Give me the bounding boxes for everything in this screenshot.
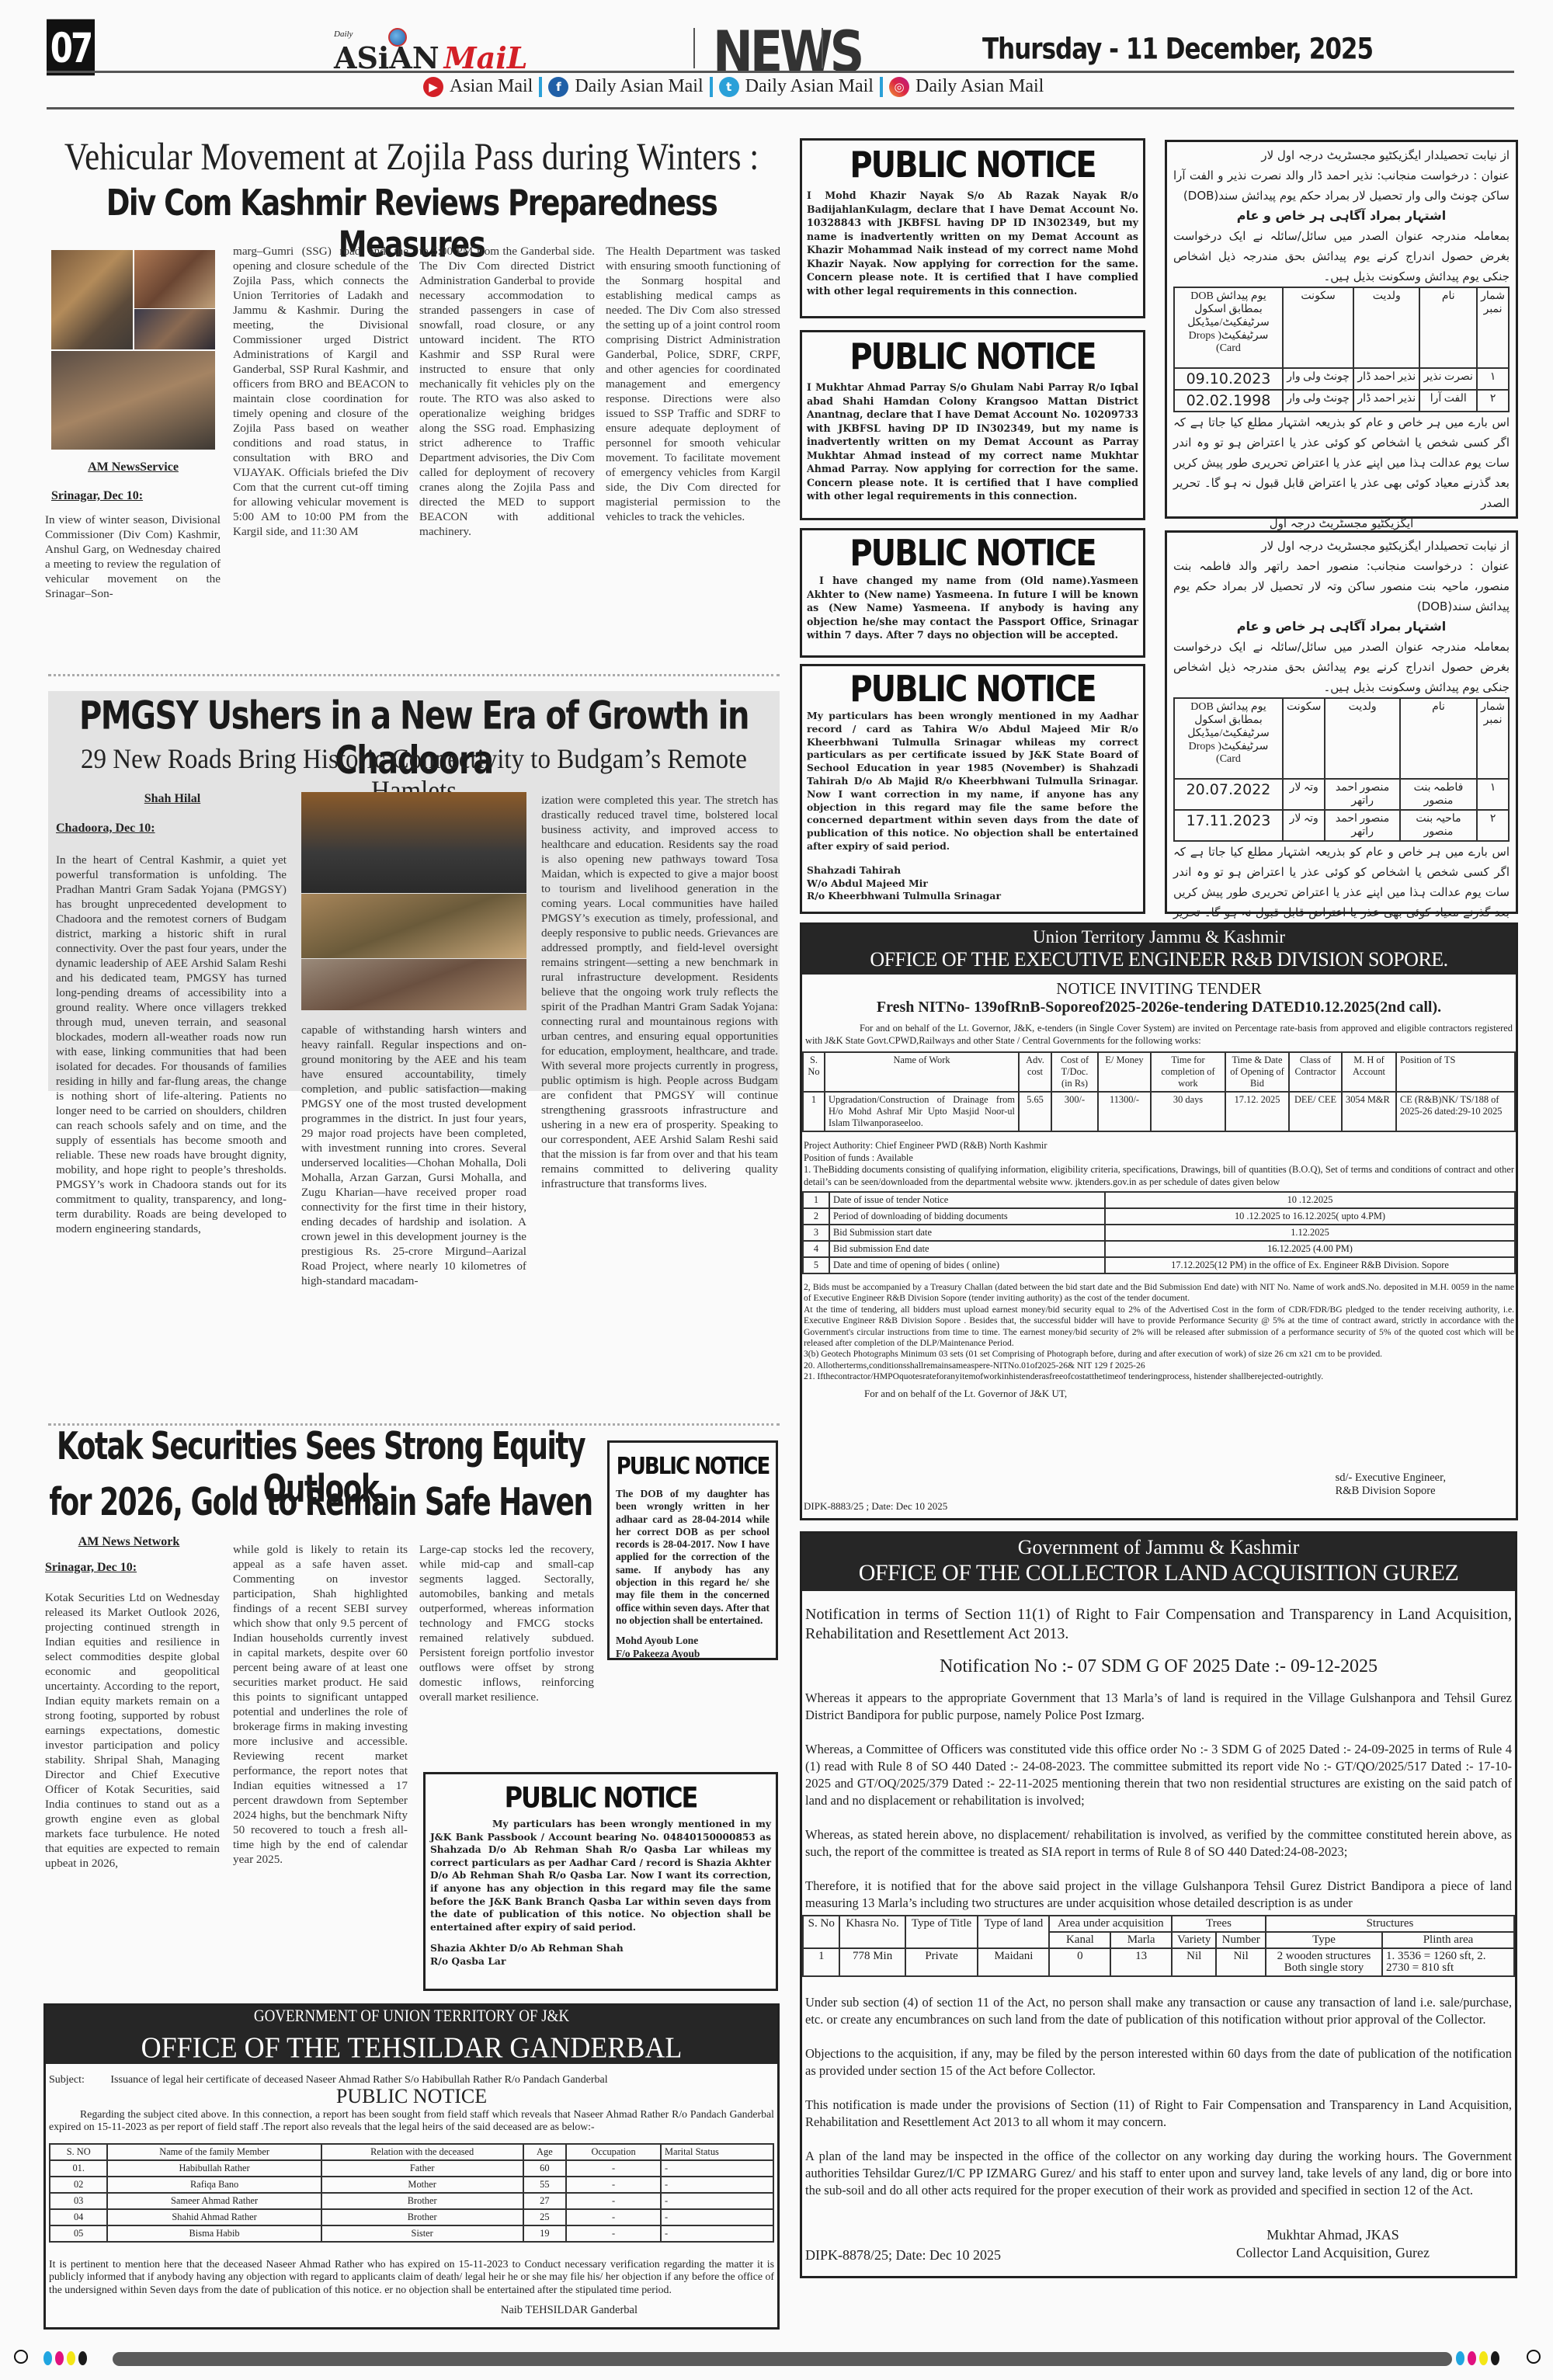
dob-table: شمار نمبر نام ولدیت سکونت یوم پیدائش DOB… <box>1173 287 1510 412</box>
yellow-mark <box>67 2351 75 2365</box>
notice-signature: Mohd Ayoub Lone F/o Pakeeza Ayoub <box>610 1627 776 1660</box>
cell: - <box>661 2193 773 2209</box>
cell: 13 <box>1110 1948 1172 1976</box>
issue-date: Thursday - 11 December, 2025 <box>982 33 1373 66</box>
section-divider <box>48 674 780 676</box>
table-header: S. NO <box>50 2144 107 2160</box>
subject-text: Issuance of legal heir certificate of de… <box>110 2074 607 2086</box>
interview-photo <box>301 792 526 893</box>
table-header: ولدیت <box>1353 287 1419 368</box>
gurez-notification-number: Notification No :- 07 SDM G OF 2025 Date… <box>802 1656 1515 1677</box>
urdu-header: از نیابت تحصیلدار ایگزیکٹیو مجسٹریٹ درجہ… <box>1167 536 1516 556</box>
cell: 2 wooden structures Both single story <box>1266 1948 1382 1976</box>
notice-body: The DOB of my daughter has been wrongly … <box>610 1480 776 1627</box>
cell: - <box>661 2225 773 2242</box>
table-header: یوم پیدائش DOB بمطابق اسکول سرٹیفکیٹ/میڈ… <box>1174 287 1283 368</box>
cell: Sameer Ahmad Rather <box>107 2193 321 2209</box>
divcom-photo <box>51 250 133 349</box>
cell: Maidani <box>978 1948 1049 1976</box>
zojila-col2: marg–Gumri (SSG) road and the opening an… <box>233 244 408 539</box>
notice-body: I Mohd Khazir Nayak S/o Ab Razak Nayak R… <box>802 189 1143 297</box>
notice-body: My particulars has been wrongly mentione… <box>426 1818 776 1934</box>
youtube-icon[interactable]: ▶ <box>423 77 443 97</box>
tender-notice: Union Territory Jammu & Kashmir OFFICE O… <box>800 922 1518 1520</box>
urdu-header: از نیابت تحصیلدار ایگزیکٹیو مجسٹریٹ درجہ… <box>1167 145 1516 165</box>
kotak-byline: AM News Network <box>51 1535 207 1549</box>
cell: 16.12.2025 (4.00 PM) <box>1105 1241 1515 1257</box>
signature-line: Shahzadi Tahirah <box>807 864 1138 877</box>
cell: 1 <box>803 1192 829 1208</box>
table-header: Type of land <box>978 1916 1049 1948</box>
twitter-link[interactable]: Daily Asian Mail <box>745 76 874 97</box>
gurez-head1: Government of Jammu & Kashmir <box>802 1535 1515 1560</box>
cell: Bid Submission start date <box>829 1225 1105 1241</box>
urdu-title: اشتہار بمراد آگاہی ہر خاص و عام <box>1167 617 1516 637</box>
table-row: 05Bisma HabibSister19-- <box>50 2225 773 2242</box>
tender-point-20: 20. Allotherterms,conditionsshallremains… <box>802 1360 1516 1371</box>
cell: ۲ <box>1477 810 1509 841</box>
gurez-para-3: Whereas, as stated herein above, no disp… <box>802 1809 1515 1861</box>
table-header: Marla <box>1110 1932 1172 1948</box>
table-header: Trees <box>1172 1916 1266 1932</box>
table-header: سکونت <box>1283 287 1353 368</box>
table-row: 5Date and time of opening of bides ( onl… <box>803 1257 1515 1273</box>
cell: 55 <box>523 2177 567 2193</box>
urdu-title: اشتہار بمراد آگاہی ہر خاص و عام <box>1167 206 1516 226</box>
notice-title: PUBLIC NOTICE <box>802 144 1143 186</box>
tender-point-21: 21. Ifthecontractor/HMPOquotesrateforany… <box>802 1371 1516 1382</box>
table-header: نام <box>1400 698 1477 779</box>
header-divider <box>693 28 695 68</box>
notice-signature: Shazia Akhter D/o Ab Rehman Shah R/o Qas… <box>426 1941 776 1968</box>
cell: - <box>566 2160 661 2177</box>
table-header: شمار نمبر <box>1477 698 1509 779</box>
cell: 60 <box>523 2160 567 2177</box>
cell: 17.12. 2025 <box>1225 1092 1289 1131</box>
twitter-icon[interactable]: t <box>719 77 739 97</box>
notice-title: PUBLIC NOTICE <box>802 532 1143 575</box>
urdu-intro: بمعاملہ مندرجہ عنوان الصدر میں سائل/سائل… <box>1167 637 1516 697</box>
meeting-photo <box>134 309 215 349</box>
table-header-row: شمار نمبر نام ولدیت سکونت یوم پیدائش DOB… <box>1174 287 1509 368</box>
table-header: Type <box>1266 1932 1382 1948</box>
meeting-photo <box>51 351 215 450</box>
notice-title: PUBLIC NOTICE <box>802 668 1143 711</box>
table-header-row: S. NO Name of the family Member Relation… <box>50 2144 773 2160</box>
cell: ماحیہ بنت منصور <box>1400 810 1477 841</box>
cell: الفت آرا <box>1419 390 1477 412</box>
zojila-dateline: Srinagar, Dec 10: <box>51 489 143 503</box>
cell: DEE/ CEE <box>1289 1092 1342 1131</box>
gurez-head2: OFFICE OF THE COLLECTOR LAND ACQUISITION… <box>802 1560 1515 1586</box>
cell: ۲ <box>1477 390 1509 412</box>
signature-line: Mohd Ayoub Lone <box>616 1635 770 1647</box>
meeting-photo <box>134 250 215 308</box>
public-notice-tahirah: PUBLIC NOTICE My particulars has been wr… <box>800 664 1145 914</box>
public-notice-shazia: PUBLIC NOTICE My particulars has been wr… <box>423 1772 778 1991</box>
magenta-mark <box>55 2351 64 2365</box>
zojila-byline: AM NewsService <box>51 460 215 474</box>
ink-marks-right <box>1456 2351 1499 2365</box>
cell: 5.65 <box>1019 1092 1051 1131</box>
ganderbal-intro: Regarding the subject cited above. In th… <box>46 2108 777 2134</box>
table-header: Adv. cost <box>1019 1052 1051 1092</box>
magenta-mark <box>1468 2351 1476 2365</box>
table-row: 01.Habibullah RatherFather60-- <box>50 2160 773 2177</box>
facebook-icon[interactable]: f <box>548 77 568 97</box>
cell: 11300/- <box>1098 1092 1151 1131</box>
cell: Sister <box>321 2225 523 2242</box>
table-header: Name of Work <box>825 1052 1019 1092</box>
cell: وتہ لار <box>1283 810 1325 841</box>
masthead-rule <box>47 107 1514 109</box>
tender-intro: For and on behalf of the Lt. Governor, J… <box>802 1016 1516 1047</box>
signature-line: F/o Pakeeza Ayoub <box>616 1648 770 1660</box>
cell: چونٹ ولی وار <box>1283 368 1353 390</box>
cell: 03 <box>50 2193 107 2209</box>
black-mark <box>1491 2351 1499 2365</box>
gurez-dipk: DIPK-8878/25; Date: Dec 10 2025 <box>805 2246 1001 2264</box>
table-header: شمار نمبر <box>1477 287 1509 368</box>
kotak-headline-2: for 2026, Gold to Remain Safe Haven <box>45 1482 596 1524</box>
dob-cell: 09.10.2023 <box>1174 368 1283 390</box>
gurez-signature: Mukhtar Ahmad, JKAS Collector Land Acqui… <box>1236 2226 1430 2262</box>
cell: منصور احمد راتھر <box>1325 810 1399 841</box>
signature-line: Mukhtar Ahmad, JKAS <box>1236 2226 1430 2244</box>
logo-asian: ASiAN <box>334 43 439 73</box>
cell: نذیر احمد ڈار <box>1353 368 1419 390</box>
cell: Shahid Ahmad Rather <box>107 2209 321 2225</box>
tender-funds: Position of funds : Available <box>802 1152 1516 1165</box>
gurez-para-7: This notification is made under the prov… <box>802 2079 1515 2131</box>
table-header: Area under acquisition <box>1049 1916 1172 1932</box>
ganderbal-title: PUBLIC NOTICE <box>46 2085 777 2108</box>
pmgsy-dateline: Chadoora, Dec 10: <box>56 822 155 836</box>
cell: 1 <box>803 1948 839 1976</box>
cell: 2 <box>803 1208 829 1225</box>
cell: Date and time of opening of bides ( onli… <box>829 1257 1105 1273</box>
newspaper-logo[interactable]: Daily ASiAN MaiL <box>334 30 559 73</box>
table-row: ۲الفت آرانذیر احمد ڈارچونٹ ولی وار02.02.… <box>1174 390 1509 412</box>
subject-label: Subject: <box>49 2074 85 2086</box>
table-header: Time & Date of Opening of Bid <box>1225 1052 1289 1092</box>
legal-heirs-table: S. NO Name of the family Member Relation… <box>49 2143 774 2243</box>
kotak-col1: Kotak Securities Ltd on Wednesday releas… <box>45 1590 220 1871</box>
cell: - <box>661 2209 773 2225</box>
table-header: Cost of T/Doc. (in Rs) <box>1051 1052 1098 1092</box>
cell: Habibullah Rather <box>107 2160 321 2177</box>
tender-behalf: For and on behalf of the Lt. Governor of… <box>802 1383 1516 1400</box>
cell: 05 <box>50 2225 107 2242</box>
ganderbal-head2: OFFICE OF THE TEHSILDAR GANDERBAL <box>46 2031 777 2064</box>
table-header: نام <box>1419 287 1477 368</box>
tender-signature: sd/- Executive Engineer, R&B Division So… <box>1336 1471 1446 1498</box>
logo-daily: Daily <box>334 30 353 39</box>
table-header: Number <box>1216 1932 1266 1948</box>
notice-title: PUBLIC NOTICE <box>426 1780 776 1815</box>
registration-mark-icon <box>1527 2350 1541 2364</box>
table-header: سکونت <box>1283 698 1325 779</box>
masthead-rule <box>47 71 1514 73</box>
ganderbal-subject: Subject: Issuance of legal heir certific… <box>46 2063 777 2087</box>
table-header: Structures <box>1266 1916 1514 1932</box>
table-header: Occupation <box>566 2144 661 2160</box>
cell: 778 Min <box>839 1948 905 1976</box>
ganderbal-notice: GOVERNMENT OF UNION TERRITORY OF J&K OFF… <box>43 2003 780 2330</box>
public-notice-khazir: PUBLIC NOTICE I Mohd Khazir Nayak S/o Ab… <box>800 138 1145 318</box>
cell: 300/- <box>1051 1092 1098 1131</box>
dob-table: شمار نمبر نام ولدیت سکونت یوم پیدائش DOB… <box>1173 697 1510 842</box>
cell: ۱ <box>1477 779 1509 810</box>
globe-icon <box>388 28 407 47</box>
cell: - <box>661 2177 773 2193</box>
table-header: Position of TS <box>1396 1052 1515 1092</box>
road-work-photo <box>301 894 526 958</box>
table-row: ۱فاطمہ بنت منصورمنصور احمد راتھروتہ لار2… <box>1174 779 1509 810</box>
dob-cell: 20.07.2022 <box>1174 779 1283 810</box>
social-divider <box>880 77 883 97</box>
cell: Rafiqa Bano <box>107 2177 321 2193</box>
kotak-col3: Large-cap stocks led the recovery, while… <box>419 1542 594 1704</box>
signature-line: sd/- Executive Engineer, <box>1336 1471 1446 1485</box>
urdu-notice-2: از نیابت تحصیلدار ایگزیکٹیو مجسٹریٹ درجہ… <box>1165 530 1518 914</box>
table-row: 2Period of downloading of bidding docume… <box>803 1208 1515 1225</box>
table-header-row: S. No Name of Work Adv. cost Cost of T/D… <box>803 1052 1515 1092</box>
notice-body: I Mukhtar Ahmad Parray S/o Ghulam Nabi P… <box>802 380 1143 503</box>
table-header: Plinth area <box>1382 1932 1514 1948</box>
dob-cell: 02.02.1998 <box>1174 390 1283 412</box>
gurez-para-2: Whereas, a Committee of Officers was con… <box>802 1724 1515 1809</box>
cell: 04 <box>50 2209 107 2225</box>
table-header: S. No <box>803 1916 839 1948</box>
cell: Private <box>905 1948 978 1976</box>
social-divider <box>539 77 542 97</box>
public-notice-mukhtar: PUBLIC NOTICE I Mukhtar Ahmad Parray S/o… <box>800 330 1145 520</box>
tender-header: Union Territory Jammu & Kashmir OFFICE O… <box>802 925 1516 975</box>
urdu-subject: عنوان : درخواست منجانب: نذیر احمد ڈار وا… <box>1167 165 1516 206</box>
cell: - <box>566 2177 661 2193</box>
instagram-link[interactable]: Daily Asian Mail <box>915 76 1044 97</box>
black-mark <box>78 2351 87 2365</box>
youtube-link[interactable]: Asian Mail <box>450 76 533 97</box>
public-notice-yasmeena: PUBLIC NOTICE I have changed my name fro… <box>800 528 1145 658</box>
pmgsy-byline: Shah Hilal <box>56 792 289 806</box>
road-work-photo <box>301 959 526 1010</box>
cell: Brother <box>321 2193 523 2209</box>
cell: - <box>661 2160 773 2177</box>
schedule-table: 1Date of issue of tender Notice10 .12.20… <box>802 1191 1516 1274</box>
table-header: Name of the family Member <box>107 2144 321 2160</box>
cell: 02 <box>50 2177 107 2193</box>
zojila-kicker: Vehicular Movement at Zojila Pass during… <box>54 135 769 179</box>
cell: - <box>566 2209 661 2225</box>
dob-cell: 17.11.2023 <box>1174 810 1283 841</box>
ganderbal-signature: Naib TEHSILDAR Ganderbal <box>501 2305 638 2317</box>
table-row: ۲ماحیہ بنت منصورمنصور احمد راتھروتہ لار1… <box>1174 810 1509 841</box>
cell: - <box>566 2225 661 2242</box>
table-header: S. No <box>803 1052 825 1092</box>
logo-mail: MaiL <box>444 43 528 73</box>
ink-marks-left <box>43 2351 87 2365</box>
gurez-notification: Government of Jammu & Kashmir OFFICE OF … <box>800 1531 1517 2278</box>
color-strip <box>113 2352 1452 2366</box>
table-row: 3Bid Submission start date1.12.2025 <box>803 1225 1515 1241</box>
gurez-intro: Notification in terms of Section 11(1) o… <box>802 1591 1515 1644</box>
registration-mark-icon <box>14 2350 28 2364</box>
cell: Bisma Habib <box>107 2225 321 2242</box>
social-divider <box>710 77 713 97</box>
tender-head1: Union Territory Jammu & Kashmir <box>802 926 1516 948</box>
instagram-icon[interactable]: ◎ <box>889 77 909 97</box>
pmgsy-col3: ization were completed this year. The st… <box>541 793 778 1191</box>
notice-signature: Shahzadi Tahirah W/o Abdul Majeed Mir R/… <box>802 864 1143 903</box>
zojila-col3: to 5:00 PM from the Ganderbal side. The … <box>419 244 595 539</box>
cell: 17.12.2025(12 PM) in the office of Ex. E… <box>1105 1257 1515 1273</box>
notice-body: I have changed my name from (Old name).Y… <box>802 574 1143 642</box>
cell: Period of downloading of bidding documen… <box>829 1208 1105 1225</box>
header-divider <box>822 28 823 68</box>
cell: Bid submission End date <box>829 1241 1105 1257</box>
ganderbal-head1: GOVERNMENT OF UNION TERRITORY OF J&K <box>46 2006 777 2026</box>
kotak-col2: while gold is likely to retain its appea… <box>233 1542 408 1867</box>
cell: 3 <box>803 1225 829 1241</box>
cell: 0 <box>1049 1948 1110 1976</box>
notice-body: My particulars has been wrongly mentione… <box>802 710 1143 853</box>
cell: فاطمہ بنت منصور <box>1400 779 1477 810</box>
cell: Date of issue of tender Notice <box>829 1192 1105 1208</box>
urdu-intro: بمعاملہ مندرجہ عنوان الصدر میں سائل/سائل… <box>1167 226 1516 287</box>
table-row: ۱نصرت نذیرنذیر احمد ڈارچونٹ ولی وار09.10… <box>1174 368 1509 390</box>
signature-line: Collector Land Acquisition, Gurez <box>1236 2244 1430 2262</box>
tender-title: NOTICE INVITING TENDER <box>802 979 1516 998</box>
cyan-mark <box>43 2351 52 2365</box>
cell: CE (R&B)NK/ TS/188 of 2025-26 dated:29-1… <box>1396 1092 1515 1131</box>
gurez-para-1: Whereas it appears to the appropriate Go… <box>802 1677 1515 1724</box>
cell: 1. 3536 = 1260 sft, 2. 2730 = 810 sft <box>1382 1948 1514 1976</box>
gurez-para-6: Objections to the acquisition, if any, m… <box>802 2028 1515 2079</box>
cell: - <box>566 2193 661 2209</box>
cell: Father <box>321 2160 523 2177</box>
notice-title: PUBLIC NOTICE <box>610 1451 776 1482</box>
cyan-mark <box>1456 2351 1464 2365</box>
cell: چونٹ ولی وار <box>1283 390 1353 412</box>
gurez-para-4: Therefore, it is notified that for the a… <box>802 1861 1515 1912</box>
signature-line: R/o Kheerbhwani Tulmulla Srinagar <box>807 890 1138 903</box>
signature-line: R/o Qasba Lar <box>430 1954 771 1968</box>
cell: Brother <box>321 2209 523 2225</box>
table-header: Khasra No. <box>839 1916 905 1948</box>
table-row: 02Rafiqa BanoMother55-- <box>50 2177 773 2193</box>
table-header: Kanal <box>1049 1932 1110 1948</box>
signature-line: W/o Abdul Majeed Mir <box>807 877 1138 891</box>
cell: وتہ لار <box>1283 779 1325 810</box>
table-header: Class of Contractor <box>1289 1052 1342 1092</box>
pmgsy-col1: In the heart of Central Kashmir, a quiet… <box>56 853 287 1236</box>
cell: Upgradation/Construction of Drainage fro… <box>825 1092 1019 1131</box>
tender-nit-number: Fresh NITNo- 139ofRnB-Soporeof2025-2026e… <box>802 998 1516 1016</box>
cell: 30 days <box>1151 1092 1225 1131</box>
kotak-dateline: Srinagar, Dec 10: <box>45 1561 137 1575</box>
tender-point-3b: 3(b) Geotech Photographs Minimum 03 sets… <box>802 1349 1516 1360</box>
table-header: M. H of Account <box>1342 1052 1396 1092</box>
cell: 10 .12.2025 to 16.12.2025( upto 4.PM) <box>1105 1208 1515 1225</box>
table-row: 04Shahid Ahmad RatherBrother25-- <box>50 2209 773 2225</box>
gurez-para-5: Under sub section (4) of section 11 of t… <box>802 1977 1515 2028</box>
cell: Nil <box>1216 1948 1266 1976</box>
urdu-footer: اس بارے میں ہر خاص و عام کو بذریعہ اشتہا… <box>1167 412 1516 513</box>
public-notice-ayoub: PUBLIC NOTICE The DOB of my daughter has… <box>607 1440 778 1660</box>
tender-emd: At the time of tendering, all bidders mu… <box>802 1305 1516 1350</box>
facebook-link[interactable]: Daily Asian Mail <box>575 76 703 97</box>
cell: 10 .12.2025 <box>1105 1192 1515 1208</box>
signature-line: R&B Division Sopore <box>1336 1485 1446 1498</box>
zojila-col1: In view of winter season, Divisional Com… <box>45 512 221 601</box>
table-header: Relation with the deceased <box>321 2144 523 2160</box>
table-row: 1 778 Min Private Maidani 0 13 Nil Nil 2… <box>803 1948 1514 1976</box>
cell: 1 <box>803 1092 825 1131</box>
notice-title: PUBLIC NOTICE <box>802 335 1143 378</box>
table-header-row: شمار نمبر نام ولدیت سکونت یوم پیدائش DOB… <box>1174 698 1509 779</box>
table-header: Time for completion of work <box>1151 1052 1225 1092</box>
gurez-para-8: A plan of the land may be inspected in t… <box>802 2131 1515 2199</box>
cell: Mother <box>321 2177 523 2193</box>
cell: منصور احمد راتھر <box>1325 779 1399 810</box>
cell: نصرت نذیر <box>1419 368 1477 390</box>
tender-authority: Project Authority: Chief Engineer PWD (R… <box>802 1132 1516 1152</box>
table-row: 4Bid submission End date16.12.2025 (4.00… <box>803 1241 1515 1257</box>
page-number: 07 <box>47 19 95 76</box>
yellow-mark <box>1479 2351 1488 2365</box>
gurez-header: Government of Jammu & Kashmir OFFICE OF … <box>802 1534 1515 1591</box>
tender-point-1: 1. TheBidding documents consisting of qu… <box>802 1164 1516 1188</box>
table-row: 1 Upgradation/Construction of Drainage f… <box>803 1092 1515 1131</box>
zojila-col4: The Health Department was tasked with en… <box>606 244 780 524</box>
cell: ۱ <box>1477 368 1509 390</box>
urdu-subject: عنوان : درخواست منجانب: منصور احمد راتھر… <box>1167 556 1516 617</box>
cell: نذیر احمد ڈار <box>1353 390 1419 412</box>
tender-head2: OFFICE OF THE EXECUTIVE ENGINEER R&B DIV… <box>802 948 1516 971</box>
table-header: Marital Status <box>661 2144 773 2160</box>
ganderbal-footer: It is pertinent to mention here that the… <box>46 2243 777 2297</box>
table-header: Variety <box>1172 1932 1216 1948</box>
table-header-row: S. No Khasra No. Type of Title Type of l… <box>803 1916 1514 1932</box>
table-row: 03Sameer Ahmad RatherBrother27-- <box>50 2193 773 2209</box>
tender-point-2: 2, Bids must be accompanied by a Treasur… <box>802 1274 1516 1305</box>
table-header: ولدیت <box>1325 698 1399 779</box>
table-header: Type of Title <box>905 1916 978 1948</box>
signature-line: Shazia Akhter D/o Ab Rehman Shah <box>430 1941 771 1954</box>
urdu-notice-1: از نیابت تحصیلدار ایگزیکٹیو مجسٹریٹ درجہ… <box>1165 140 1518 519</box>
cell: 1.12.2025 <box>1105 1225 1515 1241</box>
table-header: E/ Money <box>1098 1052 1151 1092</box>
cell: 5 <box>803 1257 829 1273</box>
table-header: Age <box>523 2144 567 2160</box>
cell: 25 <box>523 2209 567 2225</box>
table-row: 1Date of issue of tender Notice10 .12.20… <box>803 1192 1515 1208</box>
works-table: S. No Name of Work Adv. cost Cost of T/D… <box>802 1051 1516 1132</box>
tender-dipk: DIPK-8883/25 ; Date: Dec 10 2025 <box>804 1500 947 1513</box>
pmgsy-col2: capable of withstanding harsh winters an… <box>301 1023 526 1288</box>
cell: 4 <box>803 1241 829 1257</box>
cell: 27 <box>523 2193 567 2209</box>
social-links: ▶ Asian Mail f Daily Asian Mail t Daily … <box>423 76 1044 97</box>
cell: 3054 M&R <box>1342 1092 1396 1131</box>
cell: Nil <box>1172 1948 1216 1976</box>
table-header: یوم پیدائش DOB بمطابق اسکول سرٹیفکیٹ/میڈ… <box>1174 698 1283 779</box>
cell: 01. <box>50 2160 107 2177</box>
cell: 19 <box>523 2225 567 2242</box>
acquisition-table: S. No Khasra No. Type of Title Type of l… <box>802 1915 1515 1977</box>
